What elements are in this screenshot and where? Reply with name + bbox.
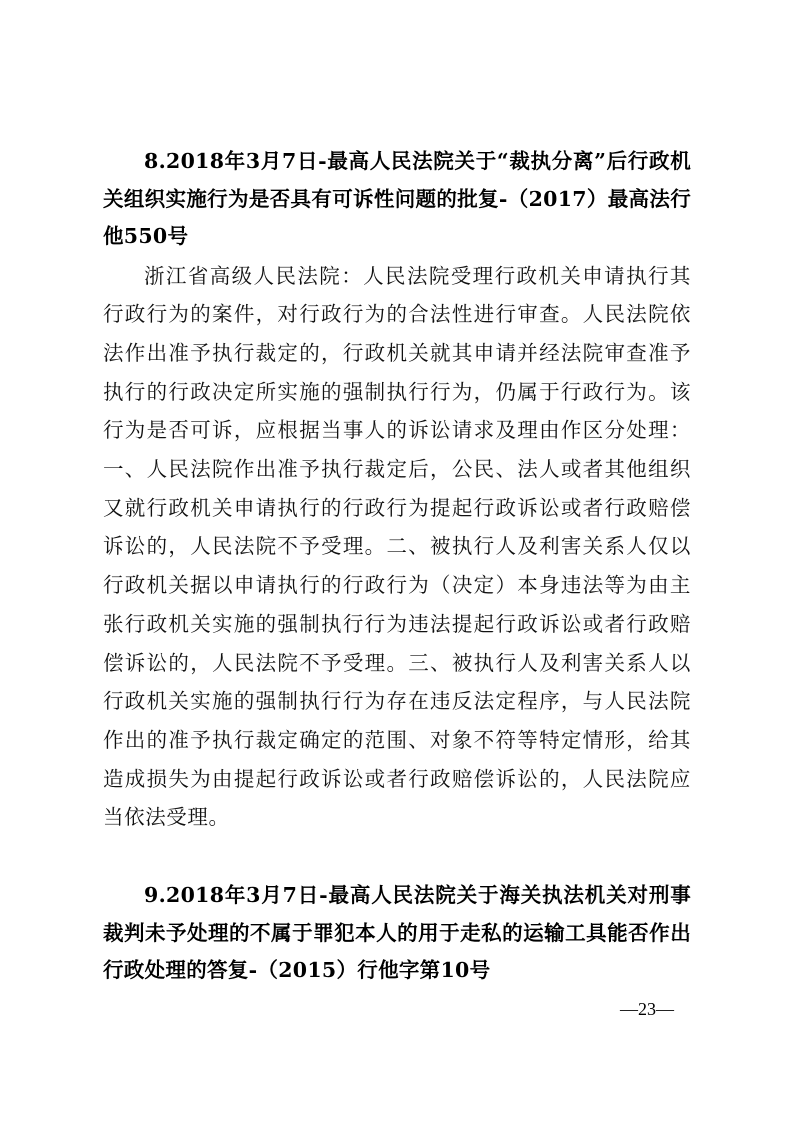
section-8-heading: 8.2018年3月7日-最高人民法院关于“裁执分离”后行政机关组织实施行为是否具… [103,143,691,256]
document-page: 8.2018年3月7日-最高人民法院关于“裁执分离”后行政机关组织实施行为是否具… [0,0,793,1122]
page-number: —23— [620,999,674,1020]
section-9-heading: 9.2018年3月7日-最高人民法院关于海关执法机关对刑事裁判未予处理的不属于罪… [103,877,691,990]
page-content: 8.2018年3月7日-最高人民法院关于“裁执分离”后行政机关组织实施行为是否具… [103,143,691,990]
section-8-body: 浙江省高级人民法院：人民法院受理行政机关申请执行其行政行为的案件，对行政行为的合… [103,257,691,838]
